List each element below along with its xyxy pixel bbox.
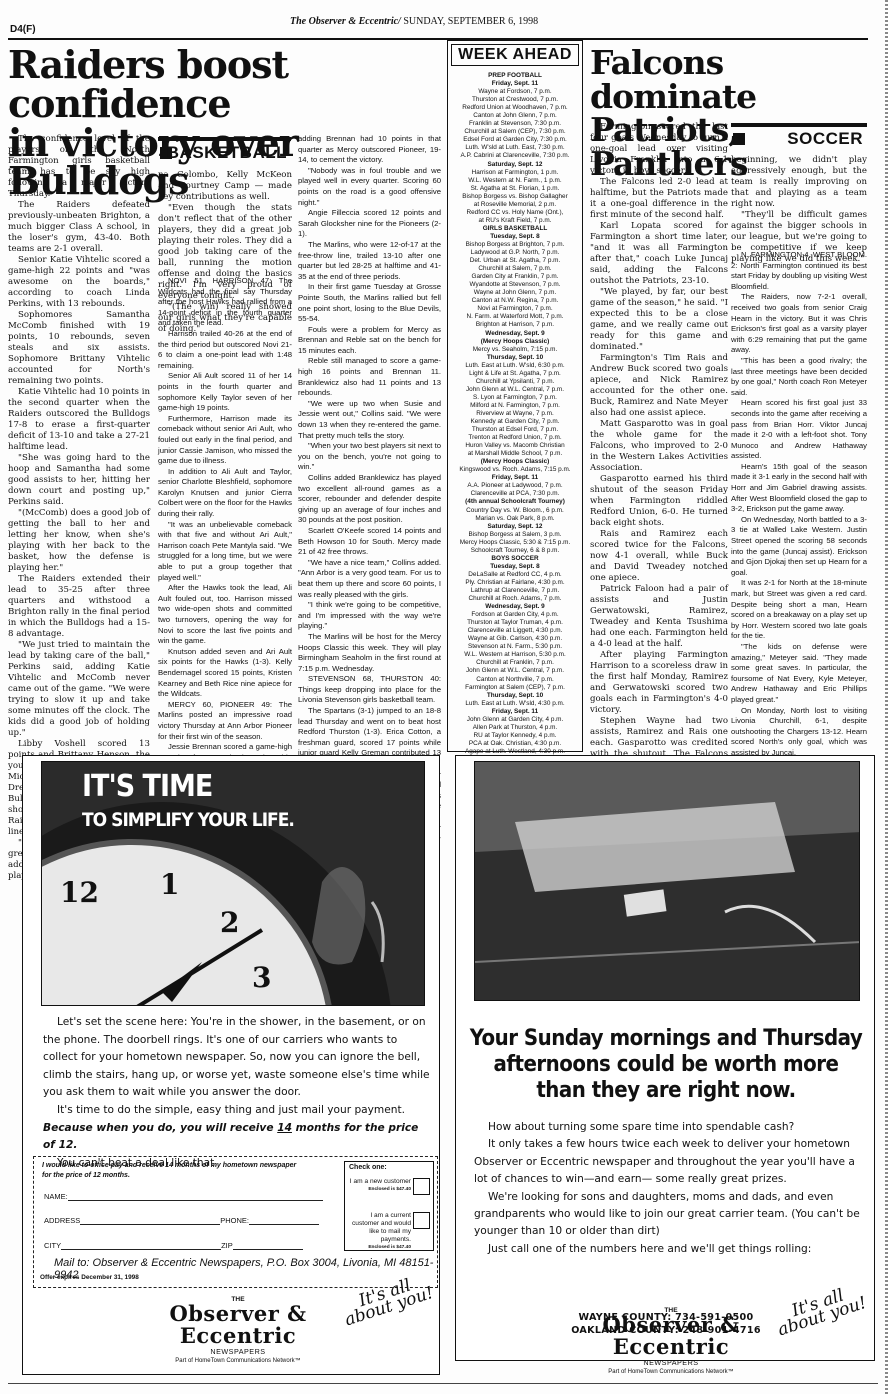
paragraph: The Raiders extended their lead to 35-25… (8, 574, 150, 640)
paragraph: "We have a nice team," Collins added. "A… (298, 558, 441, 600)
paper-name: The Observer & Eccentric/ (290, 16, 401, 27)
address-label: ADDRESS (44, 1216, 80, 1225)
schedule-item: Franklin at Stevenson, 7:30 p.m. (448, 120, 582, 128)
week-ahead-schedule: PREP FOOTBALLFriday, Sept. 11Wayne at Fo… (448, 72, 582, 780)
schedule-item: Brighton at Harrison, 7 p.m. (448, 321, 582, 329)
offer-line: Because when you do, you will receive 14… (43, 1120, 433, 1155)
schedule-item: Ply. Christian at Fairlane, 4:30 p.m. (448, 579, 582, 587)
schedule-item: Ladywood at G.P. North, 7 p.m. (448, 249, 582, 257)
schedule-item: Luth. East at Luth. W'sld, 4:30 p.m. (448, 700, 582, 708)
soccer-section-tag: SOCCER (731, 123, 867, 149)
schedule-heading: BOYS SOCCER (448, 555, 582, 563)
schedule-item: Marian vs. Oak Park, 8 p.m. (448, 515, 582, 523)
schedule-item: Clarenceville at Liggett, 4:30 p.m. (448, 627, 582, 635)
carrier-recruitment-ad: Your Sunday mornings and Thursday aftern… (455, 755, 875, 1361)
schedule-item: Novi at Farmington, 7 p.m. (448, 305, 582, 313)
city-label: CITY (44, 1241, 61, 1250)
schedule-item: at Roseville Memorial, 2 p.m. (448, 201, 582, 209)
name-line[interactable] (68, 1191, 323, 1201)
current-customer-option[interactable]: I am a current customer and would like t… (346, 1212, 430, 1252)
schedule-item: W.L. Western at Harrison, 5:30 p.m. (448, 651, 582, 659)
paragraph: The Raiders defeated previously-unbeaten… (8, 200, 150, 255)
ad-title-line: TO SIMPLIFY YOUR LIFE. (82, 809, 294, 831)
paragraph: "The kids on defense were amazing," Mete… (731, 642, 867, 706)
schedule-item: Riverview at Wayne, 7 p.m. (448, 410, 582, 418)
paragraph: The Marlins, who were 12-of-17 at the fr… (298, 240, 441, 282)
schedule-item: Wayne at John Glenn, 7 p.m. (448, 289, 582, 297)
paragraph: Harrison trailed 40-26 at the end of the… (158, 329, 292, 371)
schedule-item: Canton at N.W. Regina, 7 p.m. (448, 297, 582, 305)
schedule-item: DeLaSalle at Redford CC, 4 p.m. (448, 571, 582, 579)
schedule-heading: Wednesday, Sept. 9 (448, 603, 582, 611)
paragraph: Angie Filleccia scored 12 points and Sar… (298, 208, 441, 240)
schedule-item: John Glenn at Garden City, 4 p.m. (448, 716, 582, 724)
paragraph: Hearn's 15th goal of the season made it … (731, 462, 867, 515)
schedule-heading: Tuesday, Sept. 8 (448, 233, 582, 241)
schedule-heading: Saturday, Sept. 12 (448, 161, 582, 169)
schedule-item: Schoolcraft Tourney, 6 & 8 p.m. (448, 547, 582, 555)
schedule-item: Wyandotte at Stevenson, 7 p.m. (448, 281, 582, 289)
paragraph: "She was going hard to the hoop and Sama… (8, 453, 150, 508)
section-label: SOCCER (787, 129, 863, 149)
paragraph: In addition to Ali Ault and Taylor, seni… (158, 467, 292, 520)
folio-line: The Observer & Eccentric/ SUNDAY, SEPTEM… (290, 16, 538, 27)
section-label: BASKETBALL (167, 143, 287, 163)
paragraph: Farmington's Tim Rais and Andrew Buck sc… (590, 353, 728, 419)
paragraph: Furthermore, Harrison made its comeback … (158, 414, 292, 467)
logo-network: Part of HomeTown Communications Network™ (556, 1369, 786, 1375)
paragraph: It's time to do the simple, easy thing a… (43, 1102, 433, 1120)
schedule-heading: GIRLS BASKETBALL (448, 225, 582, 233)
check-one-panel: Check one: I am a new customerEnclosed i… (344, 1161, 434, 1251)
issue-date: SUNDAY, SEPTEMBER 6, 1998 (403, 16, 538, 27)
logo-name: Observer & Eccentric (123, 1303, 353, 1347)
headline-line: Falcons dominate (590, 43, 756, 116)
schedule-item: W.L. Western at N. Farm., 1 p.m. (448, 177, 582, 185)
current-customer-checkbox[interactable] (413, 1212, 430, 1229)
paragraph: The Raiders, now 7-2-1 overall, received… (731, 292, 867, 356)
schedule-item: Redford Union at Woodhaven, 7 p.m. (448, 104, 582, 112)
paragraph: Fouls were a problem for Mercy as Brenna… (298, 325, 441, 357)
paragraph: How about turning some spare time into s… (474, 1119, 869, 1136)
paragraph: "When your two best players sit next to … (298, 441, 441, 473)
schedule-item: Churchill at Roch. Adams, 7 p.m. (448, 595, 582, 603)
clock-photo: 12 1 2 3 IT'S TIME TO SIMPLIFY YOUR LIFE… (41, 761, 425, 1006)
phone-line[interactable] (249, 1215, 319, 1225)
raiders-column-2-roundup: NOVI 51, HARRISON 47: The Wildcats had t… (158, 276, 292, 827)
schedule-item: at RU's Kraft Field, 7 p.m. (448, 217, 582, 225)
carrier-ad-headline: Your Sunday mornings and Thursday aftern… (466, 1026, 866, 1104)
paragraph: Farmington scored the last four goals We… (590, 122, 728, 177)
zip-line[interactable] (233, 1240, 303, 1250)
paragraph: Scarlett O'Keefe scored 14 points and Be… (298, 526, 441, 558)
raiders-column-3: adding Brennan had 10 points in that qua… (298, 134, 441, 854)
name-label: NAME: (44, 1192, 68, 1201)
paragraph: "It was an unbelievable comeback with th… (158, 520, 292, 584)
schedule-heading: Wednesday, Sept. 9 (448, 330, 582, 338)
week-ahead-box: WEEK AHEAD PREP FOOTBALLFriday, Sept. 11… (447, 40, 583, 752)
schedule-heading: Thursday, Sept. 10 (448, 354, 582, 362)
schedule-item: at Marshall Middle School, 7 p.m. (448, 450, 582, 458)
new-customer-checkbox[interactable] (413, 1178, 430, 1195)
schedule-item: Wayne at Fordson, 7 p.m. (448, 88, 582, 96)
schedule-item: Det. Urban at St. Agatha, 7 p.m. (448, 257, 582, 265)
schedule-heading: Tuesday, Sept. 8 (448, 563, 582, 571)
schedule-item: Churchill at Salem, 7 p.m. (448, 265, 582, 273)
schedule-item: Canton at John Glenn, 7 p.m. (448, 112, 582, 120)
paragraph: Matt Gasparotto was in goal the whole ga… (590, 419, 728, 474)
paragraph: adding Brennan had 10 points in that qua… (298, 134, 441, 166)
ad-title-line: IT'S TIME (82, 769, 212, 804)
schedule-item: Churchill at Ypsilanti, 7 p.m. (448, 378, 582, 386)
offer-expiration: Offer expires December 31, 1998 (40, 1274, 139, 1281)
schedule-item: PCA at Oak. Christian, 4:30 p.m. (448, 740, 582, 748)
schedule-item: Trenton at Redford Union, 7 p.m. (448, 434, 582, 442)
paragraph: It was 2-1 for North at the 18-minute ma… (731, 578, 867, 642)
folio-rule (8, 38, 868, 40)
schedule-item: Country Day vs. W. Bloom., 6 p.m. (448, 507, 582, 515)
paragraph: Collins added Branklewicz has played two… (298, 473, 441, 526)
schedule-item: Kennedy at Garden City, 7 p.m. (448, 418, 582, 426)
paragraph: Sophomores Samantha McComb finished with… (8, 310, 150, 387)
schedule-heading: Friday, Sept. 11 (448, 80, 582, 88)
falcons-column-2-roundup: N. FARMINGTON 4, WEST BLOOM. 2: North Fa… (731, 250, 867, 811)
headline-line: Raiders boost confidence (8, 42, 288, 126)
paragraph: "Nobody was in foul trouble and we playe… (298, 166, 441, 208)
schedule-item: Canton at Northville, 7 p.m. (448, 676, 582, 684)
paragraph: After the Hawks took the lead, Ali Ault … (158, 583, 292, 647)
ad-title: IT'S TIME TO SIMPLIFY YOUR LIFE. (82, 772, 294, 835)
schedule-item: Stevenson at N. Farm., 5:30 p.m. (448, 643, 582, 651)
ad-body: How about turning some spare time into s… (474, 1119, 869, 1258)
paragraph: Senior Ali Ault scored 11 of her 14 poin… (158, 371, 292, 413)
svg-text:2: 2 (220, 906, 239, 939)
schedule-item: John Glenn at W.L. Central, 7 p.m. (448, 386, 582, 394)
paragraph: Karl Lopata scored for Farmington a shor… (590, 221, 728, 287)
schedule-item: Luth. East at Luth. W'sld, 6:30 p.m. (448, 362, 582, 370)
paragraph: Hearn scored his first goal just 33 seco… (731, 398, 867, 462)
city-line[interactable] (61, 1240, 221, 1250)
schedule-item: Thurston at Edsel Ford, 7 p.m. (448, 426, 582, 434)
schedule-item: Thurston at Crestwood, 7 p.m. (448, 96, 582, 104)
schedule-item: Garden City at Franklin, 7 p.m. (448, 273, 582, 281)
ad-body: Let's set the scene here: You're in the … (43, 1014, 433, 1172)
name-field[interactable]: NAME: (44, 1191, 323, 1201)
paragraph: N. FARMINGTON 4, WEST BLOOM. 2: North Fa… (731, 250, 867, 292)
coupon-intro: I would like to office pay and receive 1… (42, 1161, 302, 1181)
porch-illustration (475, 762, 860, 1001)
option-label: I am a current customer and would like t… (352, 1212, 411, 1243)
page-bottom-rule (8, 1383, 878, 1384)
paragraph: Let's set the scene here: You're in the … (43, 1014, 433, 1102)
address-line[interactable] (80, 1215, 220, 1225)
paragraph: Patrick Faloon had a pair of assists and… (590, 584, 728, 650)
offer-text: Because when you do, you will receive (43, 1122, 277, 1134)
address-phone-field[interactable]: ADDRESS PHONE: (44, 1215, 319, 1225)
option-label: I am a new customer (350, 1178, 411, 1185)
option-note: Enclosed is $47.40 (350, 1186, 411, 1194)
paragraph: After playing Farmington Harrison to a s… (590, 650, 728, 716)
week-ahead-title: WEEK AHEAD (451, 44, 579, 66)
schedule-item: Fordson at Garden City, 4 p.m. (448, 611, 582, 619)
paragraph: The confidence level of the players on t… (8, 134, 150, 200)
schedule-item: Farmington at Salem (CEP), 7 p.m. (448, 684, 582, 692)
paragraph: "I think we're going to be competitive, … (298, 600, 441, 632)
schedule-item: Lathrup at Clarenceville, 7 p.m. (448, 587, 582, 595)
paragraph: Reble still managed to score a game-high… (298, 356, 441, 398)
logo-newspapers: NEWSPAPERS (556, 1358, 786, 1367)
paragraph: It only takes a few hours twice each wee… (474, 1136, 869, 1188)
mail-payment-ad: 12 1 2 3 IT'S TIME TO SIMPLIFY YOUR LIFE… (22, 755, 440, 1375)
schedule-item: A.A. Pioneer at Ladywood, 7 p.m. (448, 482, 582, 490)
schedule-item: RU at Taylor Kennedy, 4 p.m. (448, 732, 582, 740)
paragraph: "(McComb) does a good job of getting the… (8, 508, 150, 574)
payment-coupon: I would like to office pay and receive 1… (33, 1156, 438, 1288)
schedule-item: Luth. W'sld at Luth. East, 7:30 p.m. (448, 144, 582, 152)
paragraph: The Falcons led 2-0 lead at halftime, bu… (590, 177, 728, 221)
schedule-item: St. Agatha at St. Florian, 1 p.m. (448, 185, 582, 193)
schedule-item: Harrison at Farmington, 1 p.m. (448, 169, 582, 177)
section-square-icon (733, 133, 745, 145)
schedule-item: Light & Life at St. Agatha, 7 p.m. (448, 370, 582, 378)
schedule-heading: Saturday, Sept. 12 (448, 523, 582, 531)
paragraph: Gasparotto earned his third shutout of t… (590, 474, 728, 529)
schedule-heading: Thursday, Sept. 10 (448, 692, 582, 700)
schedule-item: Wayne at Gib. Carlson, 4:30 p.m. (448, 635, 582, 643)
paragraph: Katie Vihtelic had 10 points in the seco… (8, 387, 150, 453)
paragraph: beginning, we didn't play aggressively e… (731, 155, 867, 210)
schedule-heading: PREP FOOTBALL (448, 72, 582, 80)
schedule-item: Bishop Borgess at Brighton, 7 p.m. (448, 241, 582, 249)
schedule-item: Mercy vs. Seaholm, 7:15 p.m. (448, 346, 582, 354)
schedule-item: Clarenceville at PCA, 7:30 p.m. (448, 490, 582, 498)
paragraph: "This has been a good rivalry; the last … (731, 356, 867, 398)
schedule-heading: Friday, Sept. 11 (448, 474, 582, 482)
paragraph: Knutson added seven and Ari Ault six poi… (158, 647, 292, 700)
paragraph: Senior Katie Vihtelic scored a game-high… (8, 255, 150, 310)
schedule-heading: (4th annual Schoolcraft Tourney) (448, 498, 582, 506)
city-zip-field[interactable]: CITY ZIP (44, 1240, 303, 1250)
offer-months: 14 (277, 1122, 292, 1134)
schedule-item: Redford CC vs. Holy Name (Ont.), (448, 209, 582, 217)
paragraph: na Colombo, Kelly McKeon and Courtney Ca… (158, 170, 292, 203)
schedule-item: Milford at N. Farmington, 7 p.m. (448, 402, 582, 410)
paragraph: Rais and Ramirez each scored twice for t… (590, 529, 728, 584)
paragraph: Just call one of the numbers here and we… (474, 1241, 869, 1258)
logo-network: Part of HomeTown Communications Network™ (123, 1358, 353, 1364)
logo-name: Observer & Eccentric (556, 1314, 786, 1358)
paragraph: On Monday, North lost to visiting Livoni… (731, 706, 867, 759)
basketball-section-tag: BASKETBALL (158, 137, 291, 163)
schedule-item: S. Lyon at Farmington, 7 p.m. (448, 394, 582, 402)
schedule-item: A.P. Cabrini at Clarenceville, 7:30 p.m. (448, 152, 582, 160)
page-masthead: D4(F) The Observer & Eccentric/ SUNDAY, … (0, 0, 888, 40)
schedule-item: Churchill at Salem (CEP), 7:30 p.m. (448, 128, 582, 136)
paragraph: We're looking for sons and daughters, mo… (474, 1189, 869, 1241)
paragraph: STEVENSON 68, THURSTON 40: Things keep d… (298, 674, 441, 706)
schedule-item: Kingswood vs. Roch. Adams, 7:15 p.m. (448, 466, 582, 474)
paragraph: "We just tried to maintain the lead by t… (8, 640, 150, 739)
paragraph: In their first game Tuesday at Grosse Po… (298, 282, 441, 324)
schedule-item: Edsel Ford at Garden City, 7:30 p.m. (448, 136, 582, 144)
paragraph: "We were up two when Susie and Jessie we… (298, 399, 441, 441)
schedule-item: N. Farm. at Waterford Mott, 7 p.m. (448, 313, 582, 321)
paragraph: "We played, by far, our best game of the… (590, 287, 728, 353)
paragraph: On Wednesday, North battled to a 3-3 tie… (731, 515, 867, 579)
svg-text:1: 1 (160, 868, 179, 901)
svg-text:12: 12 (60, 876, 99, 909)
paragraph: NOVI 51, HARRISON 47: The Wildcats had t… (158, 276, 292, 329)
check-title: Check one: (349, 1164, 429, 1171)
schedule-heading: Friday, Sept. 11 (448, 708, 582, 716)
schedule-item: Huron Valley vs. Macomb Christian (448, 442, 582, 450)
schedule-item: Churchill at Franklin, 7 p.m. (448, 659, 582, 667)
svg-text:3: 3 (252, 961, 271, 994)
schedule-item: Allen Park at Thurston, 4 p.m. (448, 724, 582, 732)
schedule-item: Bishop Borgess at Salem, 3 p.m. (448, 531, 582, 539)
schedule-item: Bishop Borgess vs. Bishop Gallagher (448, 193, 582, 201)
page-number: D4(F) (10, 24, 36, 35)
phone-label: PHONE: (220, 1216, 249, 1225)
yard-photo (474, 761, 860, 1001)
schedule-heading: (Mercy Hoops Classic) (448, 338, 582, 346)
paragraph: The Marlins will be host for the Mercy H… (298, 632, 441, 674)
schedule-item: John Glenn at W.L. Central, 7 p.m. (448, 667, 582, 675)
logo-newspapers: NEWSPAPERS (123, 1347, 353, 1356)
paragraph: MERCY 60, PIONEER 49: The Marlins posted… (158, 700, 292, 742)
new-customer-option[interactable]: I am a new customerEnclosed is $47.40 (350, 1178, 430, 1195)
schedule-heading: (Mercy Hoops Classic) (448, 458, 582, 466)
schedule-item: Thurston at Taylor Truman, 4 p.m. (448, 619, 582, 627)
schedule-item: Mercy Hoops Classic, 5:30 & 7:15 p.m. (448, 539, 582, 547)
observer-eccentric-logo: THE Observer & Eccentric NEWSPAPERS Part… (123, 1296, 353, 1364)
observer-eccentric-logo: THE Observer & Eccentric NEWSPAPERS Part… (556, 1307, 786, 1375)
option-note: Enclosed is $47.40 (346, 1244, 411, 1252)
zip-label: ZIP (221, 1241, 233, 1250)
falcons-column-2: beginning, we didn't play aggressively e… (731, 155, 867, 265)
